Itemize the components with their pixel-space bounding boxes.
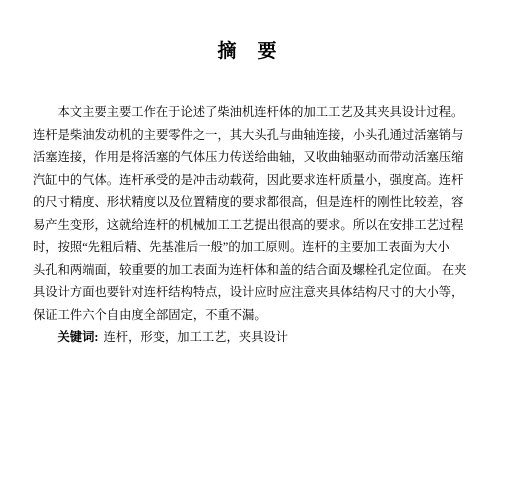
body-line: 时，按照“先粗后精、先基准后一般”的加工原则。连杆的主要加工表面为大小 bbox=[33, 236, 462, 259]
document-page: 摘 要 本文主要主要工作在于论述了柴油机连杆体的加工工艺及其夹具设计过程。 连杆… bbox=[0, 0, 512, 496]
body-line: 头孔和两端面，较重要的加工表面为连杆体和盖的结合面及螺栓孔定位面。 在夹 bbox=[33, 259, 462, 282]
body-line: 连杆是柴油发动机的主要零件之一，其大头孔与曲轴连接，小头孔通过活塞销与 bbox=[33, 124, 462, 147]
body-line: 本文主要主要工作在于论述了柴油机连杆体的加工工艺及其夹具设计过程。 bbox=[33, 101, 462, 124]
keywords-text: 连杆，形变，加工工艺，夹具设计 bbox=[104, 330, 288, 344]
body-line: 具设计方面也要针对连杆结构特点，设计应时应注意夹具体结构尺寸的大小等， bbox=[33, 281, 462, 304]
page-title: 摘 要 bbox=[33, 42, 462, 61]
abstract-document: 摘 要 本文主要主要工作在于论述了柴油机连杆体的加工工艺及其夹具设计过程。 连杆… bbox=[33, 42, 462, 349]
body-line: 保证工件六个自由度全部固定，不重不漏。 bbox=[33, 304, 462, 327]
abstract-paragraph: 本文主要主要工作在于论述了柴油机连杆体的加工工艺及其夹具设计过程。 连杆是柴油发… bbox=[33, 101, 462, 349]
keywords-label: 关键词: bbox=[58, 330, 99, 344]
keywords-line: 关键词:连杆，形变，加工工艺，夹具设计 bbox=[33, 326, 462, 349]
body-line: 活塞连接，作用是将活塞的气体压力传送给曲轴，又收曲轴驱动而带动活塞压缩 bbox=[33, 146, 462, 169]
body-line: 易产生变形，这就给连杆的机械加工工艺提出很高的要求。所以在安排工艺过程 bbox=[33, 214, 462, 237]
body-line: 汽缸中的气体。连杆承受的是冲击动载荷，因此要求连杆质量小，强度高。连杆 bbox=[33, 169, 462, 192]
body-line: 的尺寸精度、形状精度以及位置精度的要求都很高，但是连杆的刚性比较差，容 bbox=[33, 191, 462, 214]
